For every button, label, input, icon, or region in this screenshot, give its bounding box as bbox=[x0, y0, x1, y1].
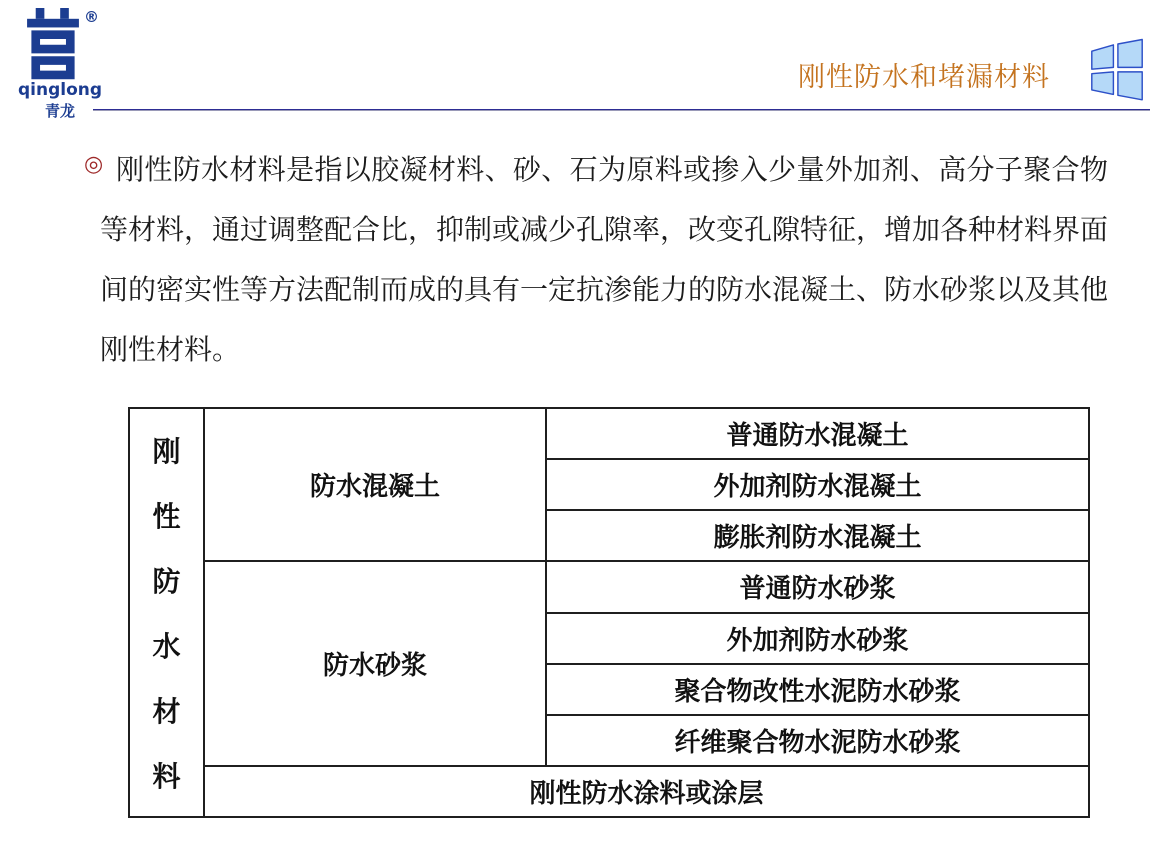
group-cell-concrete: 防水混凝土 bbox=[204, 408, 546, 561]
item-cell: 膨胀剂防水混凝土 bbox=[546, 510, 1089, 561]
definition-paragraph: 刚性防水材料是指以胶凝材料、砂、石为原料或掺入少量外加剂、高分子聚合物等材料，通… bbox=[100, 140, 1108, 380]
category-vertical-text: 刚 性 防 水 材 料 bbox=[130, 430, 203, 795]
item-cell: 普通防水混凝土 bbox=[546, 408, 1089, 459]
window-panes-icon bbox=[1090, 36, 1144, 106]
category-char: 刚 bbox=[152, 430, 180, 470]
qinglong-brand-glyph-icon bbox=[24, 8, 82, 80]
category-char: 防 bbox=[152, 560, 180, 600]
item-cell: 外加剂防水混凝土 bbox=[546, 459, 1089, 510]
table-row: 刚性防水涂料或涂层 bbox=[129, 766, 1089, 817]
slide: ® qinglong 青龙 刚性防水和堵漏材料 ◎ 刚性防水材料是指以胶凝材料、… bbox=[0, 0, 1150, 845]
category-char: 性 bbox=[152, 495, 180, 535]
category-char: 水 bbox=[152, 625, 180, 665]
category-cell: 刚 性 防 水 材 料 bbox=[129, 408, 204, 817]
category-char: 材 bbox=[152, 690, 180, 730]
category-char: 料 bbox=[152, 755, 180, 795]
item-cell: 普通防水砂浆 bbox=[546, 561, 1089, 612]
footer-cell: 刚性防水涂料或涂层 bbox=[204, 766, 1089, 817]
item-cell: 纤维聚合物水泥防水砂浆 bbox=[546, 715, 1089, 766]
brand-name-latin: qinglong bbox=[8, 80, 112, 100]
table-row: 防水砂浆 普通防水砂浆 bbox=[129, 561, 1089, 612]
classification-table: 刚 性 防 水 材 料 防水混凝土 普通防水混凝土 外加剂防水混凝土 膨胀剂防水… bbox=[128, 407, 1090, 818]
item-cell: 外加剂防水砂浆 bbox=[546, 613, 1089, 664]
header-divider bbox=[93, 109, 1150, 111]
brand-logo: ® qinglong 青龙 bbox=[8, 6, 112, 121]
page-title: 刚性防水和堵漏材料 bbox=[798, 55, 1050, 94]
group-cell-mortar: 防水砂浆 bbox=[204, 561, 546, 766]
item-cell: 聚合物改性水泥防水砂浆 bbox=[546, 664, 1089, 715]
logo-glyph-wrap: ® bbox=[8, 6, 112, 78]
registered-mark: ® bbox=[84, 8, 99, 26]
table-row: 刚 性 防 水 材 料 防水混凝土 普通防水混凝土 bbox=[129, 408, 1089, 459]
